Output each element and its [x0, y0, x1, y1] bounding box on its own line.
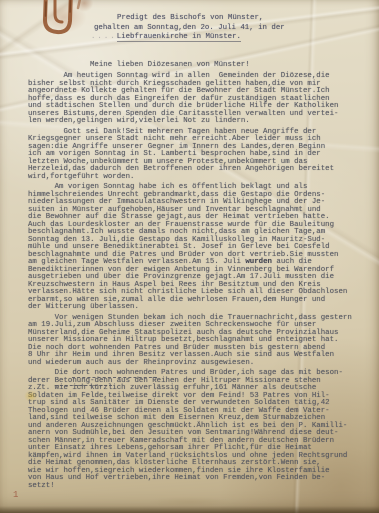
document-title: Predigt des Bischofs von Münster, gehalt…	[28, 14, 373, 43]
photo-edge-shadow	[0, 506, 379, 513]
text-line: und wiederum auch aus der Rheinprovinz a…	[28, 360, 373, 368]
emboss-mark	[150, 497, 230, 507]
document-photo: Predigt des Bischofs von Münster, gehalt…	[0, 0, 379, 513]
text-line: von Haus und Hof vertrieben,ihre Heimat …	[28, 475, 373, 483]
title-line: gehalten am Sonntag,den 2o. Juli 41, in …	[94, 24, 373, 34]
title-line: Predigt des Bischofs von Münster,	[117, 14, 373, 24]
faded-dots: ....	[91, 33, 117, 41]
text-line: setzt!	[28, 483, 373, 491]
paragraph: Vor wenigen Stunden bekam ich noch die T…	[28, 315, 373, 368]
paragraph: Die dort noch wohnenden Patres und Brüde…	[28, 370, 373, 490]
page-corner-mark: 1	[13, 491, 18, 500]
typewritten-text: Predigt des Bischofs von Münster, gehalt…	[28, 14, 373, 493]
paragraph: Am heutigen Sonntag wird in allen Gemein…	[28, 73, 373, 126]
document-body: Am heutigen Sonntag wird in allen Gemein…	[28, 73, 373, 490]
text-line: wird,fortgeführt worden.	[28, 174, 373, 182]
title-line: ....Liebfrauenkirche in Münster.	[91, 33, 373, 43]
salutation: Meine lieben Diözesanen von Münster!	[90, 62, 373, 70]
paragraph: Gott sei Dank!Seit mehreren Tagen haben …	[28, 129, 373, 182]
text-line: der Witterung überlassen.	[28, 304, 373, 312]
paragraph: Am vorigen Sonntag habe ich es öffentlic…	[28, 184, 373, 312]
text-line: len werden,gelingen wird,vielerlei Not z…	[28, 118, 373, 126]
title-line-underlined: Liebfrauenkirche in Münster.	[117, 33, 241, 42]
